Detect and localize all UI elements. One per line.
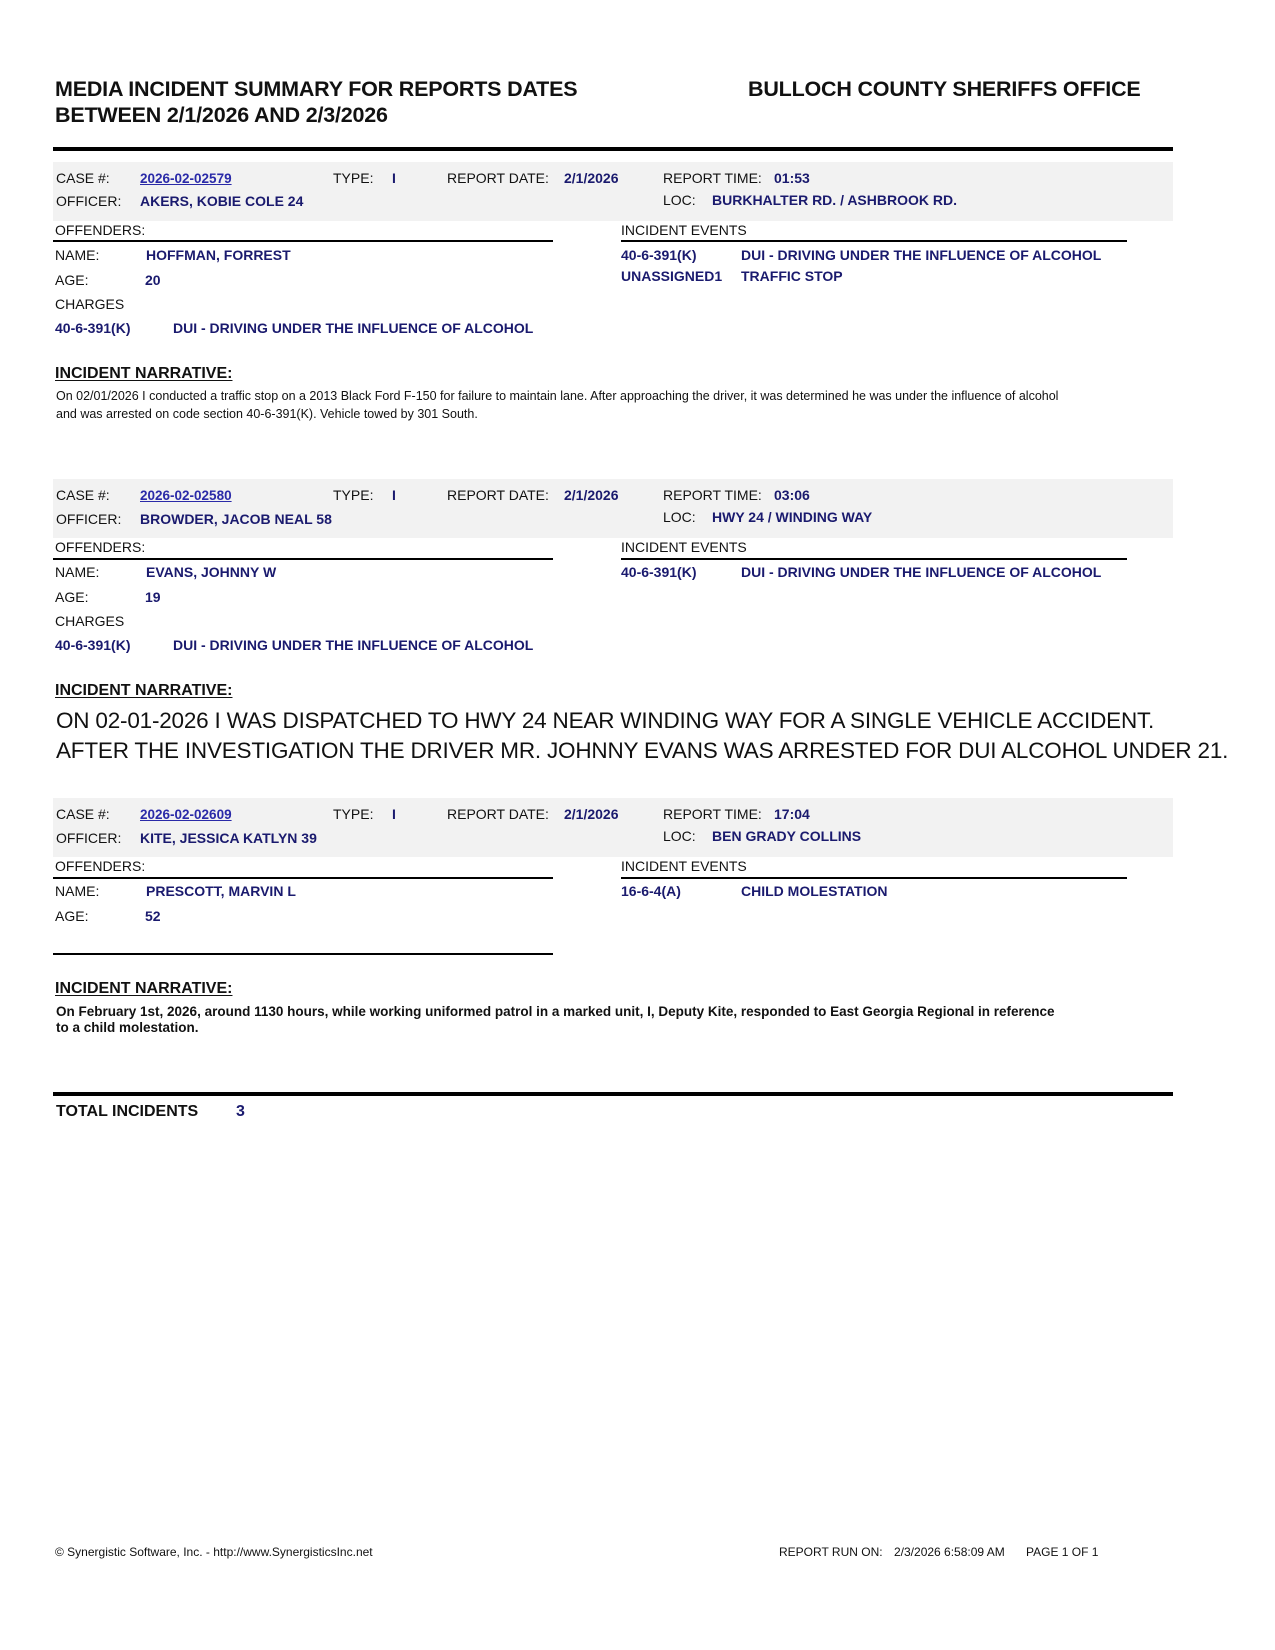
loc-label: LOC: <box>663 828 696 844</box>
name-label: NAME: <box>55 564 99 580</box>
report-title-line1: MEDIA INCIDENT SUMMARY FOR REPORTS DATES <box>55 76 577 102</box>
age-label: AGE: <box>55 589 88 605</box>
offender-age: 52 <box>145 908 161 924</box>
age-label: AGE: <box>55 272 88 288</box>
narrative-line: to a child molestation. <box>56 1020 1186 1036</box>
charge-description: DUI - DRIVING UNDER THE INFLUENCE OF ALC… <box>173 637 533 653</box>
incident-events-label: INCIDENT EVENTS <box>621 222 747 238</box>
event-description: TRAFFIC STOP <box>741 268 843 284</box>
total-incidents-label: TOTAL INCIDENTS <box>56 1103 198 1121</box>
narrative-heading: INCIDENT NARRATIVE: <box>55 365 232 383</box>
event-code: 16-6-4(A) <box>621 883 681 899</box>
narrative-line: On February 1st, 2026, around 1130 hours… <box>56 1004 1186 1020</box>
offenders-label: OFFENDERS: <box>55 858 145 874</box>
loc-label: LOC: <box>663 192 696 208</box>
report-date-value: 2/1/2026 <box>564 487 619 503</box>
narrative-text: ON 02-01-2026 I WAS DISPATCHED TO HWY 24… <box>56 706 1236 766</box>
type-value: I <box>392 170 396 186</box>
offenders-divider <box>53 877 553 879</box>
offender-name: PRESCOTT, MARVIN L <box>146 883 296 899</box>
offender-age: 19 <box>145 589 161 605</box>
report-date-value: 2/1/2026 <box>564 170 619 186</box>
case-label: CASE #: <box>56 487 110 503</box>
loc-value: BURKHALTER RD. / ASHBROOK RD. <box>712 192 957 208</box>
officer-value: KITE, JESSICA KATLYN 39 <box>140 830 317 846</box>
type-label: TYPE: <box>333 487 373 503</box>
case-label: CASE #: <box>56 170 110 186</box>
charges-label: CHARGES <box>55 613 124 629</box>
officer-label: OFFICER: <box>56 193 121 209</box>
name-label: NAME: <box>55 247 99 263</box>
type-label: TYPE: <box>333 170 373 186</box>
charge-code: 40-6-391(K) <box>55 320 130 336</box>
charge-description: DUI - DRIVING UNDER THE INFLUENCE OF ALC… <box>173 320 533 336</box>
offenders-label: OFFENDERS: <box>55 539 145 555</box>
report-time-label: REPORT TIME: <box>663 806 762 822</box>
page-indicator: PAGE 1 OF 1 <box>1026 1545 1098 1559</box>
totals-divider <box>53 1092 1173 1096</box>
offenders-label: OFFENDERS: <box>55 222 145 238</box>
report-date-value: 2/1/2026 <box>564 806 619 822</box>
incident-events-label: INCIDENT EVENTS <box>621 539 747 555</box>
type-label: TYPE: <box>333 806 373 822</box>
event-code: UNASSIGNED1 <box>621 268 722 284</box>
report-title-line2: BETWEEN 2/1/2026 AND 2/3/2026 <box>55 102 577 128</box>
case-number-link[interactable]: 2026-02-02579 <box>140 171 232 186</box>
report-title: MEDIA INCIDENT SUMMARY FOR REPORTS DATES… <box>55 76 577 128</box>
offender-name: HOFFMAN, FORREST <box>146 247 291 263</box>
charges-label: CHARGES <box>55 296 124 312</box>
event-code: 40-6-391(K) <box>621 564 696 580</box>
offender-name: EVANS, JOHNNY W <box>146 564 276 580</box>
report-run-value: 2/3/2026 6:58:09 AM <box>894 1545 1005 1559</box>
name-label: NAME: <box>55 883 99 899</box>
officer-value: BROWDER, JACOB NEAL 58 <box>140 511 332 527</box>
narrative-line: and was arrested on code section 40-6-39… <box>56 405 1176 423</box>
case-number-link[interactable]: 2026-02-02580 <box>140 488 232 503</box>
narrative-line: On 02/01/2026 I conducted a traffic stop… <box>56 387 1176 405</box>
loc-label: LOC: <box>663 509 696 525</box>
report-time-value: 01:53 <box>774 170 810 186</box>
narrative-text: On February 1st, 2026, around 1130 hours… <box>56 1004 1186 1036</box>
report-date-label: REPORT DATE: <box>447 170 549 186</box>
event-description: DUI - DRIVING UNDER THE INFLUENCE OF ALC… <box>741 564 1101 580</box>
narrative-line: ON 02-01-2026 I WAS DISPATCHED TO HWY 24… <box>56 706 1236 736</box>
incident-events-label: INCIDENT EVENTS <box>621 858 747 874</box>
offender-age: 20 <box>145 272 161 288</box>
events-divider <box>621 240 1127 242</box>
report-date-label: REPORT DATE: <box>447 806 549 822</box>
event-code: 40-6-391(K) <box>621 247 696 263</box>
report-date-label: REPORT DATE: <box>447 487 549 503</box>
report-time-label: REPORT TIME: <box>663 170 762 186</box>
footer-copyright: © Synergistic Software, Inc. - http://ww… <box>55 1545 373 1559</box>
loc-value: HWY 24 / WINDING WAY <box>712 509 872 525</box>
charge-code: 40-6-391(K) <box>55 637 130 653</box>
events-divider <box>621 558 1127 560</box>
agency-name: BULLOCH COUNTY SHERIFFS OFFICE <box>748 76 1141 102</box>
case-label: CASE #: <box>56 806 110 822</box>
total-incidents-count: 3 <box>236 1103 245 1121</box>
narrative-heading: INCIDENT NARRATIVE: <box>55 682 232 700</box>
report-time-value: 03:06 <box>774 487 810 503</box>
offenders-divider <box>53 558 553 560</box>
offenders-divider <box>53 240 553 242</box>
event-description: DUI - DRIVING UNDER THE INFLUENCE OF ALC… <box>741 247 1101 263</box>
case-number-link[interactable]: 2026-02-02609 <box>140 807 232 822</box>
narrative-line: AFTER THE INVESTIGATION THE DRIVER MR. J… <box>56 736 1236 766</box>
events-divider <box>621 877 1127 879</box>
header-divider <box>53 147 1173 151</box>
type-value: I <box>392 487 396 503</box>
report-time-value: 17:04 <box>774 806 810 822</box>
report-run-label: REPORT RUN ON: <box>779 1545 883 1559</box>
narrative-heading: INCIDENT NARRATIVE: <box>55 980 232 998</box>
loc-value: BEN GRADY COLLINS <box>712 828 861 844</box>
age-label: AGE: <box>55 908 88 924</box>
offender-section-end-divider <box>53 953 553 955</box>
officer-label: OFFICER: <box>56 511 121 527</box>
type-value: I <box>392 806 396 822</box>
officer-value: AKERS, KOBIE COLE 24 <box>140 193 303 209</box>
officer-label: OFFICER: <box>56 830 121 846</box>
report-time-label: REPORT TIME: <box>663 487 762 503</box>
event-description: CHILD MOLESTATION <box>741 883 887 899</box>
narrative-text: On 02/01/2026 I conducted a traffic stop… <box>56 387 1176 423</box>
